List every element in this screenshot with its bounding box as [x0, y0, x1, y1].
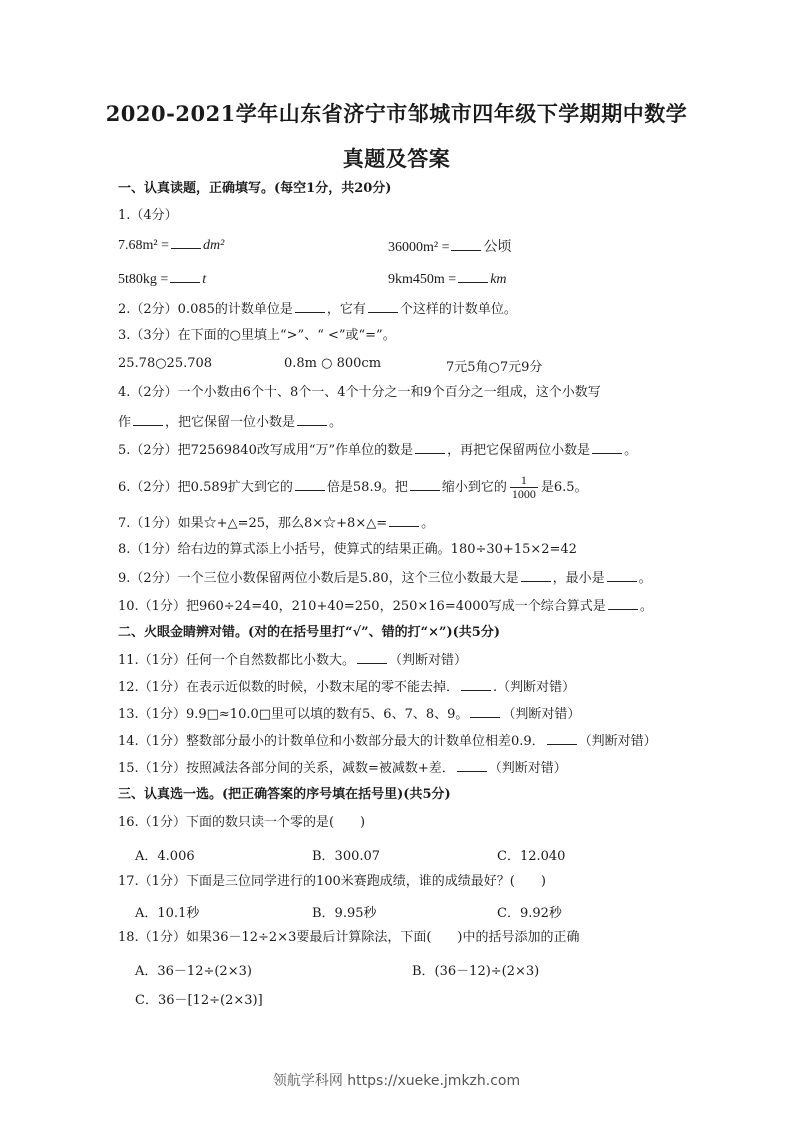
fraction: 11000 [510, 474, 538, 501]
title-line-1: 2020-2021学年山东省济宁市邹城市四年级下学期期中数学 [0, 98, 793, 128]
question-14: 14.（1分）整数部分最小的计数单位和小数部分最大的计数单位相差0.9．（判断对… [118, 732, 657, 751]
q3-item-3: 7元5角○7元9分 [446, 356, 542, 375]
question-10: 10.（1分）把960÷24=40，210+40=250，250×16=4000… [118, 597, 653, 616]
question-4-line-1: 4.（2分）一个小数由6个十、8个一、4个十分之一和9个百分之一组成，这个小数写 [118, 384, 601, 402]
answer-blank[interactable] [457, 759, 487, 772]
answer-blank[interactable] [470, 705, 500, 718]
q1-label: 1.（4分） [118, 207, 178, 225]
title-line-2: 真题及答案 [0, 143, 793, 173]
q1-item-4: 9km450m =km [388, 270, 507, 288]
q18-option-a[interactable]: A．36－12÷(2×3) [135, 960, 252, 979]
answer-blank[interactable] [410, 478, 440, 491]
q18-option-b[interactable]: B．(36－12)÷(2×3) [412, 960, 539, 979]
answer-blank[interactable] [521, 569, 551, 582]
question-4-line-2: 作，把它保留一位小数是。 [118, 413, 342, 432]
question-13: 13.（1分）9.9□≈10.0□里可以填的数有5、6、7、8、9。（判断对错） [118, 705, 580, 724]
question-15: 15.（1分）按照减法各部分间的关系，减数=被减数+差．（判断对错） [118, 759, 567, 778]
question-3: 3.（3分）在下面的○里填上“>”、“ <”或“=”。 [118, 327, 396, 345]
answer-blank[interactable] [295, 300, 325, 313]
section-2-heading: 二、火眼金睛辨对错。(对的在括号里打“√”、错的打“×”)(共5分) [118, 624, 500, 642]
question-6: 6.（2分）把0.589扩大到它的倍是58.9。把缩小到它的11000是6.5。 [118, 474, 588, 501]
answer-blank[interactable] [592, 441, 622, 454]
q16-option-a[interactable]: A．4.006 [135, 845, 195, 864]
answer-blank[interactable] [458, 270, 488, 283]
q16-option-c[interactable]: C．12.040 [497, 845, 565, 864]
q17-option-a[interactable]: A．10.1秒 [135, 902, 199, 921]
question-7: 7.（1分）如果☆+△=25，那么8×☆+8×△=。 [118, 514, 434, 533]
q3-item-2: 0.8m ○ 800cm [284, 356, 381, 371]
answer-blank[interactable] [133, 413, 163, 426]
exam-page: 2020-2021学年山东省济宁市邹城市四年级下学期期中数学 真题及答案 一、认… [0, 0, 793, 1122]
answer-blank[interactable] [547, 732, 577, 745]
q1-item-1: 7.68m² =dm² [118, 236, 224, 254]
answer-blank[interactable] [297, 413, 327, 426]
q17-option-c[interactable]: C．9.92秒 [497, 902, 562, 921]
section-3-heading: 三、认真选一选。(把正确答案的序号填在括号里)(共5分) [118, 786, 451, 804]
answer-blank[interactable] [415, 441, 445, 454]
q18-option-c[interactable]: C．36－[12÷(2×3)] [135, 989, 263, 1008]
question-12: 12.（1分）在表示近似数的时候，小数末尾的零不能去掉．.（判断对错） [118, 678, 575, 697]
answer-blank[interactable] [357, 651, 387, 664]
answer-blank[interactable] [170, 270, 200, 283]
q3-item-1: 25.78○25.708 [118, 356, 212, 371]
q1-item-3: 5t80kg =t [118, 270, 206, 288]
answer-blank[interactable] [368, 300, 398, 313]
answer-blank[interactable] [171, 236, 201, 249]
q17-option-b[interactable]: B．9.95秒 [312, 902, 377, 921]
answer-blank[interactable] [389, 514, 419, 527]
question-17: 17.（1分）下面是三位同学进行的100米赛跑成绩，谁的成绩最好？( ) [118, 873, 546, 891]
question-16: 16.（1分）下面的数只读一个零的是( ) [118, 814, 365, 832]
question-2: 2.（2分）0.085的计数单位是，它有个这样的计数单位。 [118, 300, 517, 319]
question-8: 8.（1分）给右边的算式添上小括号，使算式的结果正确。180÷30+15×2=4… [118, 541, 577, 559]
footer-watermark: 领航学科网 https://xueke.jmkzh.com [0, 1070, 793, 1090]
q1-item-2: 36000m² =公顷 [388, 236, 511, 256]
answer-blank[interactable] [451, 238, 481, 251]
section-1-heading: 一、认真读题，正确填写。(每空1分，共20分) [118, 180, 391, 198]
answer-blank[interactable] [608, 597, 638, 610]
answer-blank[interactable] [607, 569, 637, 582]
question-5: 5.（2分）把72569840改写成用“万”作单位的数是，再把它保留两位小数是。 [118, 441, 637, 460]
answer-blank[interactable] [295, 478, 325, 491]
answer-blank[interactable] [461, 678, 491, 691]
question-18: 18.（1分）如果36－12÷2×3要最后计算除法，下面( )中的括号添加的正确 [118, 929, 580, 947]
q16-option-b[interactable]: B．300.07 [312, 845, 380, 864]
question-9: 9.（2分）一个三位小数保留两位小数后是5.80，这个三位小数最大是，最小是。 [118, 569, 652, 588]
question-11: 11.（1分）任何一个自然数都比小数大。（判断对错） [118, 651, 467, 670]
